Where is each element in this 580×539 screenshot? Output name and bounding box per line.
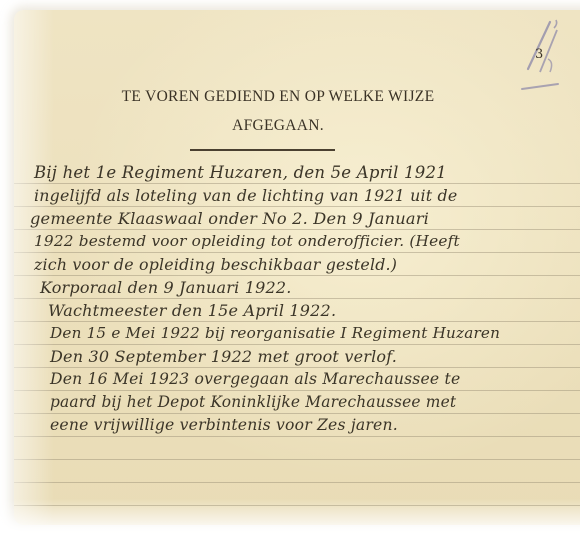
handwritten-line: eene vrijwillige verbintenis voor Zes ja…: [50, 416, 398, 434]
handwritten-line: Wachtmeester den 15e April 1922.: [48, 301, 336, 320]
handwritten-line: Den 16 Mei 1923 overgegaan als Marechaus…: [50, 370, 460, 388]
handwritten-line: Korporaal den 9 Januari 1922.: [40, 278, 292, 297]
handwritten-line: 1922 bestemd voor opleiding tot onderoff…: [34, 232, 460, 250]
handwritten-line: paard bij het Depot Koninklijke Marechau…: [50, 393, 456, 411]
handwritten-line: gemeente Klaaswaal onder No 2. Den 9 Jan…: [30, 209, 429, 228]
handwritten-line: Den 15 e Mei 1922 bij reorganisatie I Re…: [50, 324, 500, 342]
handwritten-line: Bij het 1e Regiment Huzaren, den 5e Apri…: [34, 163, 447, 182]
handwritten-entry: Bij het 1e Regiment Huzaren, den 5e Apri…: [0, 0, 580, 539]
handwritten-line: ingelijfd als loteling van de lichting v…: [34, 186, 457, 205]
handwritten-line: Den 30 September 1922 met groot verlof.: [50, 347, 397, 366]
handwritten-line: zich voor de opleiding beschikbaar geste…: [34, 255, 397, 274]
